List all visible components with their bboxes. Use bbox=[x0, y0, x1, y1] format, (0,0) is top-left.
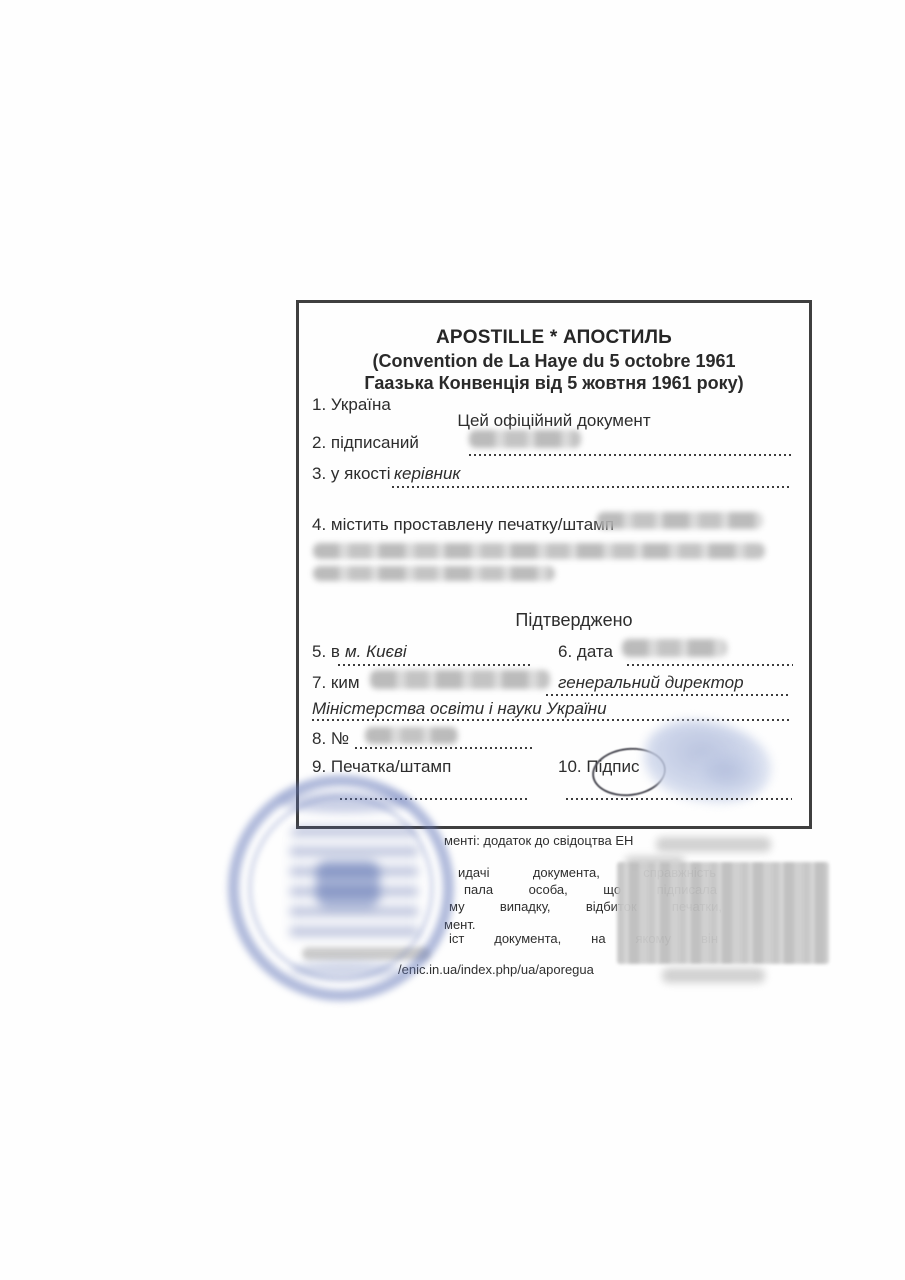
footnote-registry-url: /enic.in.ua/index.php/ua/aporegua bbox=[398, 962, 594, 977]
convention-line-fr: (Convention de La Haye du 5 octobre 1961 bbox=[299, 351, 809, 372]
field-6-date-label: 6. дата bbox=[558, 642, 613, 662]
field-7-ministry-value: Міністерства освіти і науки України bbox=[312, 699, 607, 719]
redacted-seal-text-line-3 bbox=[313, 566, 555, 581]
apostille-form-box: APOSTILLE * АПОСТИЛЬ (Convention de La H… bbox=[296, 300, 812, 829]
redacted-date-value bbox=[622, 639, 727, 657]
redacted-seal-text-line-1 bbox=[597, 512, 763, 529]
redacted-official-name bbox=[370, 670, 550, 689]
field-8-number-label: 8. № bbox=[312, 729, 349, 749]
field-5-place-value: м. Києві bbox=[345, 642, 407, 662]
redacted-registration-number-top bbox=[656, 837, 771, 852]
confirmed-heading: Підтверджено bbox=[319, 610, 829, 631]
redacted-barcode bbox=[617, 862, 829, 964]
field-7-by-whom-label: 7. ким bbox=[312, 673, 360, 693]
dotted-line-field-7 bbox=[546, 694, 791, 696]
field-3-capacity-label: 3. у якості bbox=[312, 464, 390, 484]
field-7-title-value: генеральний директор bbox=[558, 673, 744, 693]
redacted-seal-text-line-2 bbox=[313, 543, 765, 559]
footnote-line-1: менті: додаток до свідоцтва ЕН bbox=[444, 833, 633, 848]
apostille-title: APOSTILLE * АПОСТИЛЬ bbox=[299, 327, 809, 349]
dotted-line-field-2 bbox=[469, 454, 791, 456]
field-5-place-label: 5. в bbox=[312, 642, 340, 662]
dotted-line-field-5 bbox=[338, 664, 533, 666]
stamp-arc-text-top bbox=[280, 791, 410, 813]
field-3-capacity-value: керівник bbox=[394, 464, 460, 484]
redacted-registration-number-bottom bbox=[662, 968, 765, 983]
field-4-seal-label: 4. містить проставлену печатку/штамп bbox=[312, 515, 614, 535]
field-2-signed-by-label: 2. підписаний bbox=[312, 433, 419, 453]
dotted-line-field-8 bbox=[355, 747, 533, 749]
stamp-emblem bbox=[316, 860, 380, 908]
redacted-signer-name bbox=[469, 430, 581, 448]
stamp-arc-text-bottom bbox=[290, 961, 400, 979]
dotted-line-field-3 bbox=[392, 486, 791, 488]
dotted-line-bottom-right bbox=[566, 798, 792, 800]
redacted-apostille-number bbox=[365, 727, 458, 744]
field-9-seal-stamp-label: 9. Печатка/штамп bbox=[312, 757, 451, 777]
dotted-line-field-6 bbox=[627, 664, 793, 666]
official-document-heading: Цей офіційний документ bbox=[299, 411, 809, 431]
scanned-apostille-page: APOSTILLE * АПОСТИЛЬ (Convention de La H… bbox=[0, 0, 905, 1280]
convention-line-ua: Гаазька Конвенція від 5 жовтня 1961 року… bbox=[299, 373, 809, 394]
round-official-stamp bbox=[228, 775, 454, 1001]
dotted-line-field-7b bbox=[312, 719, 792, 721]
